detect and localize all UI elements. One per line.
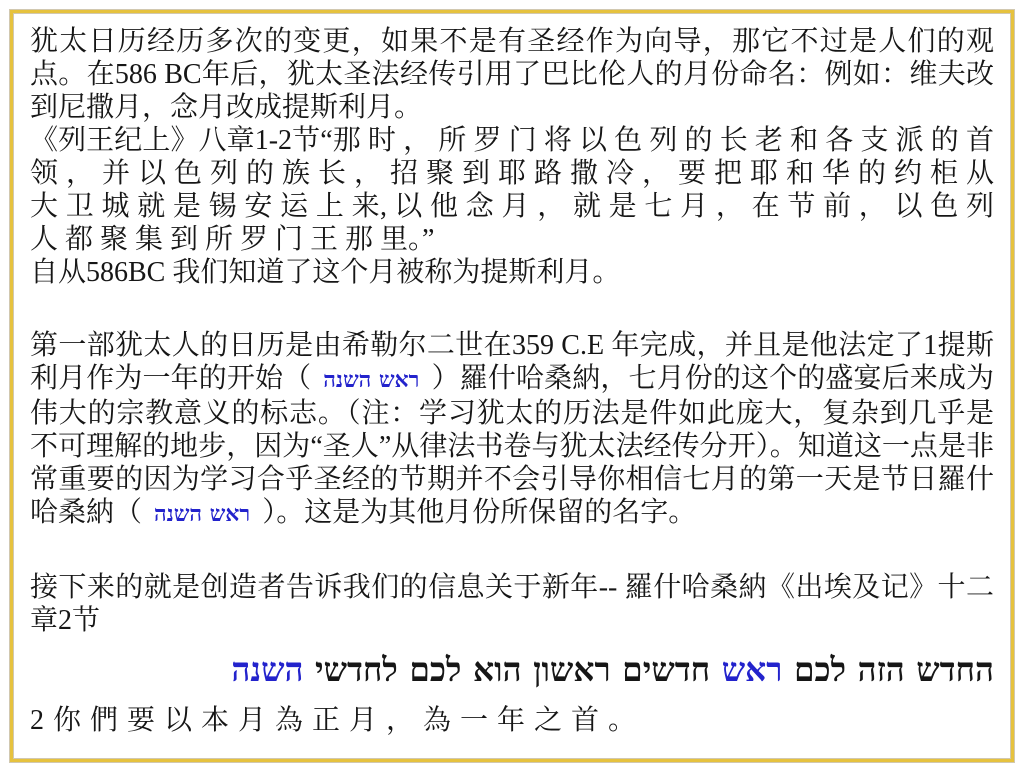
line-since-586bc: 自从586BC 我们知道了这个月被称为提斯利月。 xyxy=(30,256,994,289)
slide: { "page": { "background_color": "#FFFFFF… xyxy=(0,0,1024,773)
paragraph-kings-quote: 《列王纪上》八章1-2节“那 时 ， 所 罗 门 将 以 色 列 的 长 老 和… xyxy=(30,124,994,256)
hebrew-rosh-hashanah-inline-1: ראש השנה xyxy=(323,364,419,397)
paragraph-calendar-changes: 犹太日历经历多次的变更，如果不是有圣经作为向导，那它不过是人们的观点。在586 … xyxy=(30,25,994,124)
hebrew-rosh-hashanah-inline-2: ראש השנה xyxy=(154,498,250,531)
slide-content: 犹太日历经历多次的变更，如果不是有圣经作为向导，那它不过是人们的观点。在586 … xyxy=(13,13,1011,741)
hebrew-word-rosh: ראש xyxy=(722,650,783,689)
hillel-text-3: ）。这是为其他月份所保留的名字。 xyxy=(262,497,696,528)
hebrew-word-hashanah: השנה xyxy=(231,650,303,689)
hebrew-verse-line: החדש הזה לכם ראש חדשים ראשון הוא לכם לחד… xyxy=(30,647,994,693)
slide-border-frame: 犹太日历经历多次的变更，如果不是有圣经作为向导，那它不过是人们的观点。在586 … xyxy=(10,10,1014,762)
paragraph-creator-message: 接下来的就是创造者告诉我们的信息关于新年-- 羅什哈桑納《出埃及记》十二章2节 xyxy=(30,571,994,637)
line-exodus-12-2-chinese: 2 你 們 要 以 本 月 為 正 月 ， 為 一 年 之 首 。 xyxy=(30,701,994,741)
hebrew-verse-segment-1: החדש הזה לכם xyxy=(782,650,994,689)
paragraph-hillel-calendar: 第一部犹太人的日历是由希勒尔二世在359 C.E 年完成，并且是他法定了1提斯利… xyxy=(30,329,994,531)
hebrew-verse-segment-2: חדשים ראשון הוא לכם לחדשי xyxy=(303,650,721,689)
